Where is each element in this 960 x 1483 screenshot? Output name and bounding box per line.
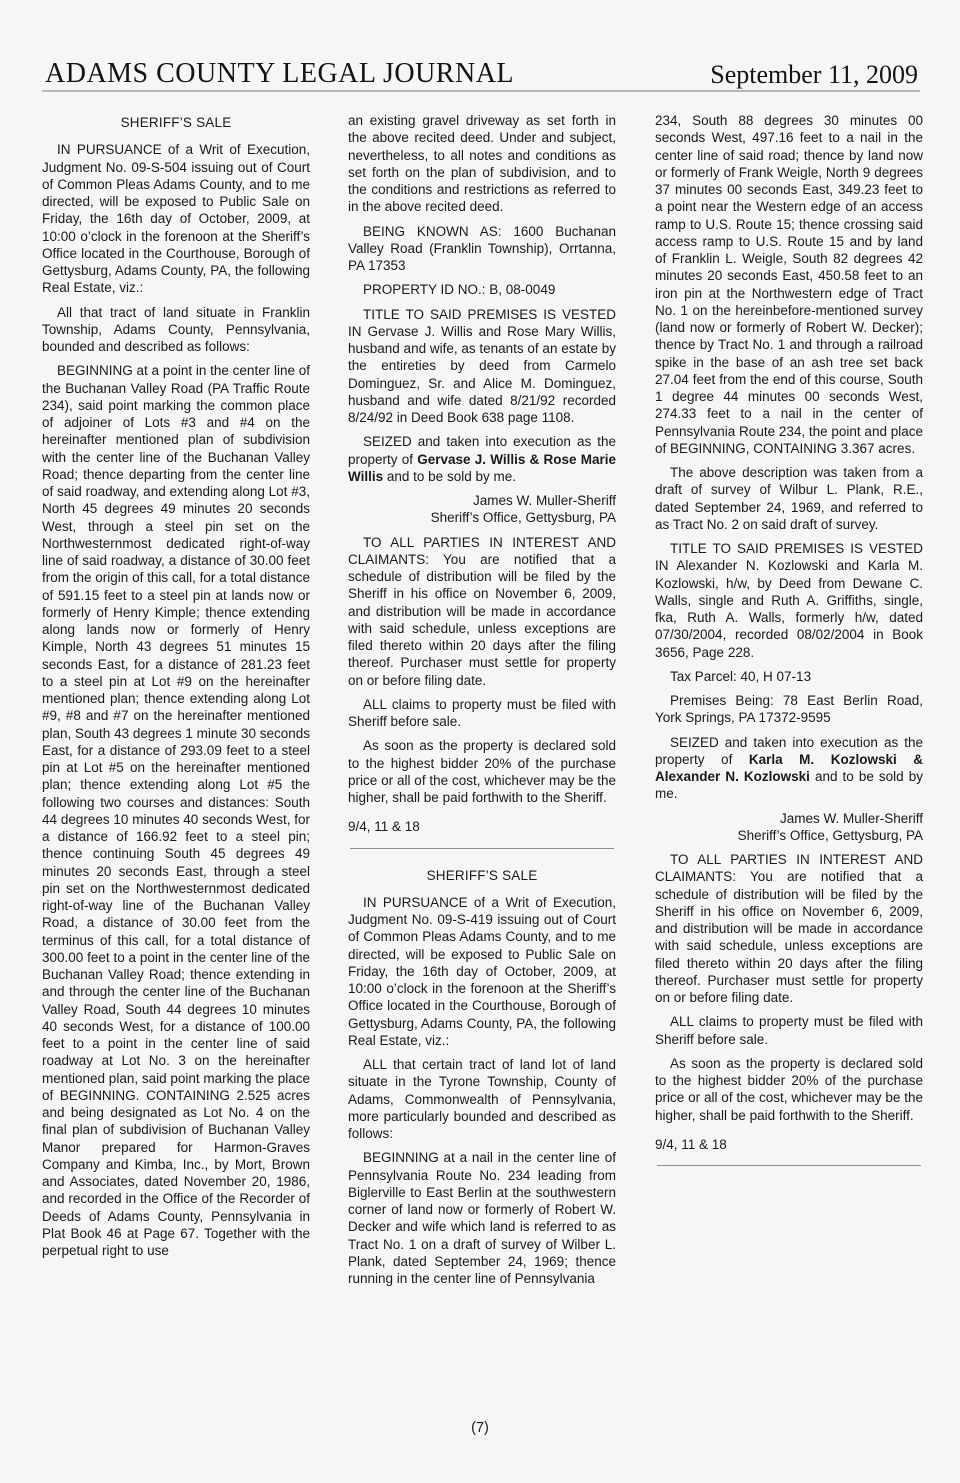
notice-paragraph: SEIZED and taken into execution as the p… [655,734,923,803]
notice-heading: SHERIFF’S SALE [42,114,310,131]
page-number: (7) [0,1420,960,1436]
notice-paragraph: ALL that certain tract of land lot of la… [348,1056,616,1142]
journal-title: ADAMS COUNTY LEGAL JOURNAL [45,58,514,90]
notice-paragraph: As soon as the property is declared sold… [655,1055,923,1124]
signature-line: Sheriff’s Office, Gettysburg, PA [655,827,923,844]
signature-block: James W. Muller-SheriffSheriff’s Office,… [655,810,923,845]
notice-paragraph: TITLE TO SAID PREMISES IS VESTED IN Alex… [655,540,923,661]
notice-paragraph: SEIZED and taken into execution as the p… [348,433,616,485]
signature-block: James W. Muller-SheriffSheriff’s Office,… [348,492,616,527]
signature-line: Sheriff’s Office, Gettysburg, PA [348,509,616,526]
text-columns: SHERIFF’S SALEIN PURSUANCE of a Writ of … [42,112,922,1412]
notice-paragraph: BEING KNOWN AS: 1600 Buchanan Valley Roa… [348,223,616,275]
masthead-rule [42,90,920,92]
notice-paragraph: BEGINNING at a point in the center line … [42,362,310,1259]
notice-paragraph: Tax Parcel: 40, H 07-13 [655,668,923,685]
notice-divider [350,848,614,849]
text-segment: and to be sold by me. [383,469,516,484]
notice-paragraph: TO ALL PARTIES IN INTEREST AND CLAIMANTS… [655,851,923,1006]
notice-paragraph: TO ALL PARTIES IN INTEREST AND CLAIMANTS… [348,534,616,689]
notice-paragraph: The above description was taken from a d… [655,464,923,533]
notice-paragraph: As soon as the property is declared sold… [348,737,616,806]
notice-paragraph: an existing gravel driveway as set forth… [348,112,616,216]
column-1: SHERIFF’S SALEIN PURSUANCE of a Writ of … [42,112,310,1412]
masthead: ADAMS COUNTY LEGAL JOURNAL September 11,… [42,44,920,90]
signature-line: James W. Muller-Sheriff [655,810,923,827]
docket-line: 9/4, 11 & 18 [655,1136,923,1153]
notice-heading: SHERIFF’S SALE [348,867,616,884]
notice-paragraph: Premises Being: 78 East Berlin Road, Yor… [655,692,923,727]
legal-journal-page: ADAMS COUNTY LEGAL JOURNAL September 11,… [0,0,960,1483]
notice-paragraph: IN PURSUANCE of a Writ of Execution, Jud… [42,141,310,296]
column-2: an existing gravel driveway as set forth… [348,112,616,1412]
notice-paragraph: ALL claims to property must be filed wit… [655,1013,923,1048]
notice-paragraph: 234, South 88 degrees 30 minutes 00 seco… [655,112,923,457]
notice-paragraph: All that tract of land situate in Frankl… [42,304,310,356]
notice-paragraph: PROPERTY ID NO.: B, 08-0049 [348,281,616,298]
docket-line: 9/4, 11 & 18 [348,818,616,835]
column-3: 234, South 88 degrees 30 minutes 00 seco… [655,112,923,1412]
notice-paragraph: IN PURSUANCE of a Writ of Execution, Jud… [348,894,616,1049]
signature-line: James W. Muller-Sheriff [348,492,616,509]
notice-paragraph: TITLE TO SAID PREMISES IS VESTED IN Gerv… [348,306,616,427]
notice-divider [657,1165,921,1166]
issue-date: September 11, 2009 [710,60,918,90]
notice-paragraph: ALL claims to property must be filed wit… [348,696,616,731]
notice-paragraph: BEGINNING at a nail in the center line o… [348,1149,616,1287]
